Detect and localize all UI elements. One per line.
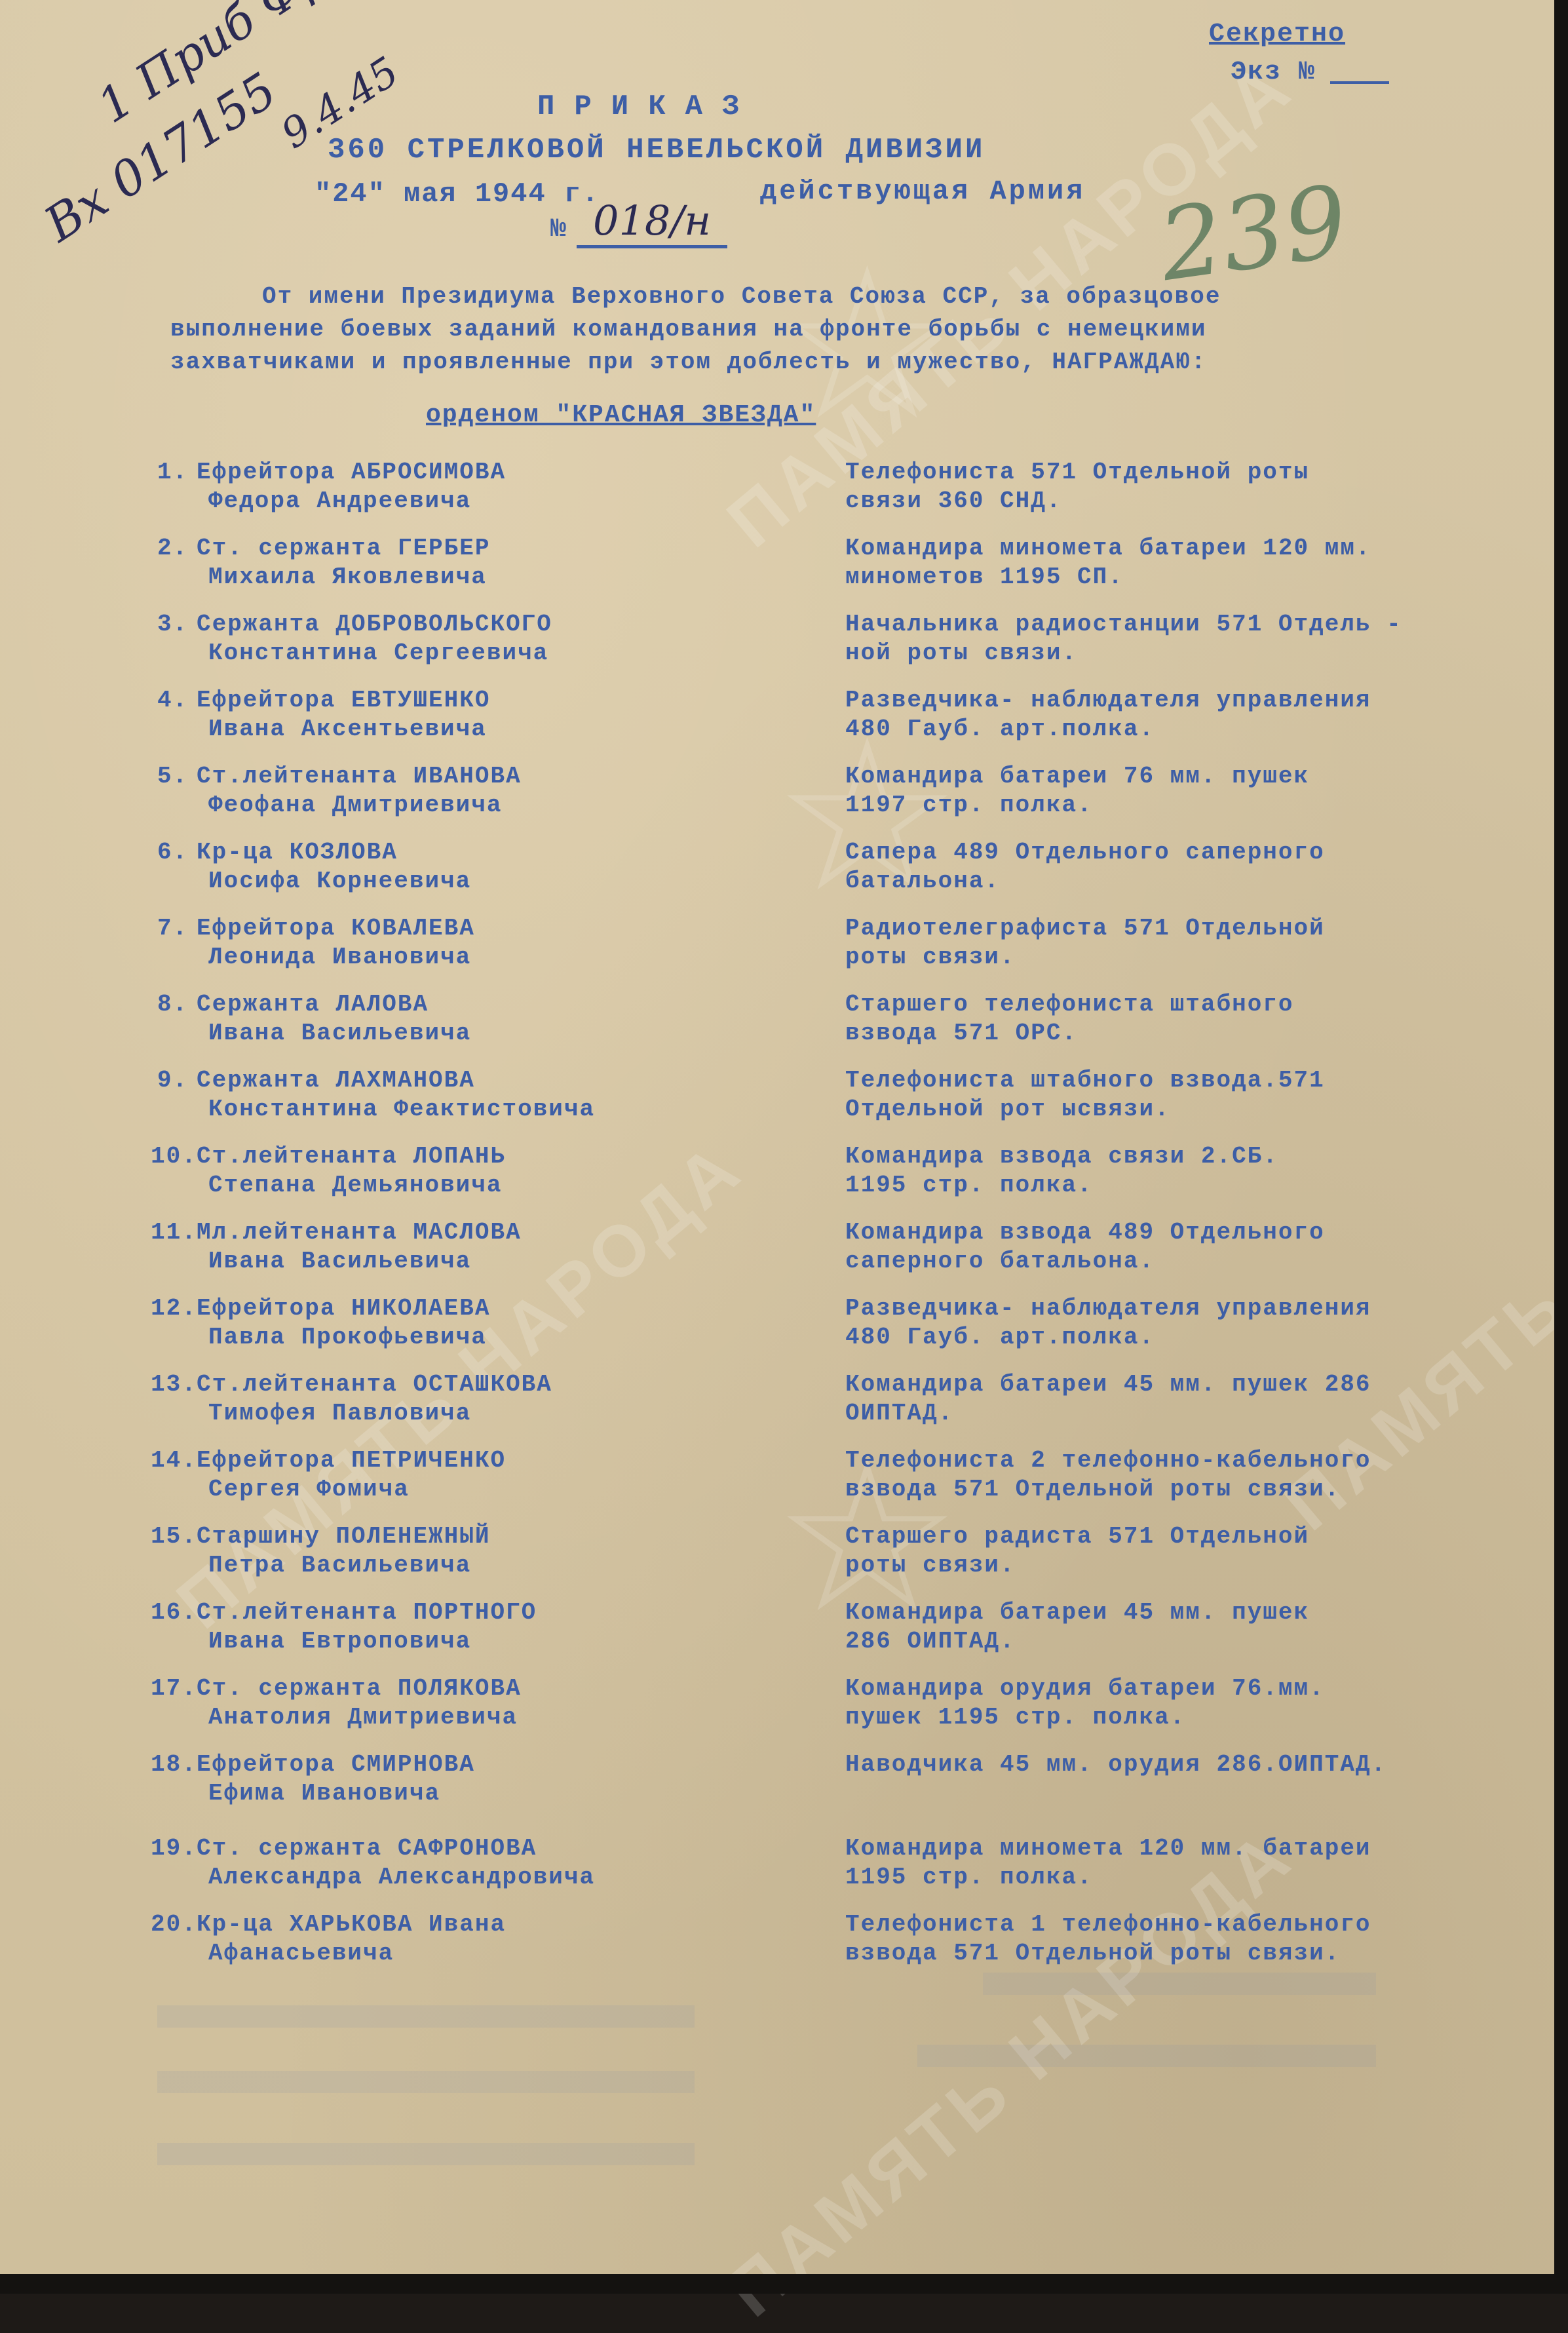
entry-position-line1: Командира батареи 45 мм. пушек: [845, 1599, 1309, 1626]
entry-number: 6.: [157, 839, 188, 866]
entry-rank-surname: Ст.лейтенанта ИВАНОВА: [197, 763, 522, 790]
entry-given-names: Анатолия Дмитриевича: [208, 1704, 518, 1731]
scan-edge-bottom: [0, 2274, 1568, 2294]
entry-rank-surname: Сержанта ЛАХМАНОВА: [197, 1067, 475, 1094]
entry-position-line2: роты связи.: [845, 944, 1016, 971]
entry-given-names: Михаила Яковлевича: [208, 564, 487, 590]
entry-position-line2: связи 360 СНД.: [845, 488, 1061, 514]
entry-position-line1: Старшего телефониста штабного: [845, 991, 1294, 1018]
entry-given-names: Петра Васильевича: [208, 1552, 471, 1579]
entry-position-line2: 480 Гауб. арт.полка.: [845, 1324, 1155, 1351]
preamble-line-2: выполнение боевых заданий командования н…: [170, 316, 1206, 343]
entry-rank-surname: Ефрейтора АБРОСИМОВА: [197, 459, 506, 486]
entry-given-names: Тимофея Павловича: [208, 1400, 471, 1427]
entry-number: 4.: [157, 687, 188, 714]
entry-position-line1: Командира взвода связи 2.СБ.: [845, 1143, 1278, 1170]
entry-position-line1: Телефониста 1 телефонно-кабельного: [845, 1911, 1371, 1938]
entry-rank-surname: Ст. сержанта ПОЛЯКОВА: [197, 1675, 522, 1702]
entry-rank-surname: Ст.лейтенанта ОСТАШКОВА: [197, 1371, 552, 1398]
entry-position-line2: ной роты связи.: [845, 640, 1077, 666]
entry-position-line2: взвода 571 Отдельной роты связи.: [845, 1940, 1340, 1967]
entry-position-line2: 286 ОИПТАД.: [845, 1628, 1016, 1655]
classification-stamp: Секретно: [1209, 20, 1345, 49]
entry-position-line1: Радиотелеграфиста 571 Отдельной: [845, 915, 1325, 942]
entry-rank-surname: Кр-ца ХАРЬКОВА Ивана: [197, 1911, 506, 1938]
entry-number: 10.: [151, 1143, 197, 1170]
order-number-underline: [577, 245, 727, 248]
order-number-label: №: [550, 215, 567, 244]
entry-rank-surname: Ст.лейтенанта ЛОПАНЬ: [197, 1143, 506, 1170]
entry-number: 2.: [157, 535, 188, 562]
entry-rank-surname: Ст.лейтенанта ПОРТНОГО: [197, 1599, 537, 1626]
entry-given-names: Ивана Аксентьевича: [208, 716, 487, 742]
entry-given-names: Ефима Ивановича: [208, 1780, 440, 1807]
division-name: 360 СТРЕЛКОВОЙ НЕВЕЛЬСКОЙ ДИВИЗИИ: [328, 134, 985, 166]
entry-position-line1: Сапера 489 Отдельного саперного: [845, 839, 1325, 866]
entry-given-names: Афанасьевича: [208, 1940, 394, 1967]
entry-given-names: Сергея Фомича: [208, 1476, 410, 1503]
entry-position-line2: взвода 571 ОРС.: [845, 1020, 1077, 1047]
entry-rank-surname: Сержанта ЛАЛОВА: [197, 991, 429, 1018]
entry-number: 13.: [151, 1371, 197, 1398]
entry-position-line1: Командира батареи 76 мм. пушек: [845, 763, 1309, 790]
order-date: "24" мая 1944 г.: [315, 178, 600, 210]
entry-position-line2: роты связи.: [845, 1552, 1016, 1579]
entry-given-names: Павла Прокофьевича: [208, 1324, 487, 1351]
entry-position-line2: Отдельной рот ысвязи.: [845, 1096, 1170, 1123]
order-number: 018/н: [593, 197, 711, 244]
entry-position-line1: Командира батареи 45 мм. пушек 286: [845, 1371, 1371, 1398]
entry-position-line1: Телефониста 571 Отдельной роты: [845, 459, 1309, 486]
entry-position-line2: 480 Гауб. арт.полка.: [845, 716, 1155, 742]
entry-position-line2: 1195 стр. полка.: [845, 1864, 1093, 1891]
entry-position-line1: Наводчика 45 мм. орудия 286.ОИПТАД.: [845, 1751, 1386, 1778]
entry-position-line2: батальона.: [845, 868, 1000, 895]
entry-position-line1: Командира взвода 489 Отдельного: [845, 1219, 1325, 1246]
entry-rank-surname: Ефрейтора ПЕТРИЧЕНКО: [197, 1447, 506, 1474]
location-line: действующая Армия: [760, 176, 1085, 207]
bleed-through-text: [983, 1973, 1376, 1995]
entry-number: 17.: [151, 1675, 197, 1702]
entry-number: 11.: [151, 1219, 197, 1246]
copy-number-label: Экз №: [1231, 58, 1316, 87]
entry-rank-surname: Ст. сержанта ГЕРБЕР: [197, 535, 490, 562]
entry-rank-surname: Сержанта ДОБРОВОЛЬСКОГО: [197, 611, 552, 638]
entry-rank-surname: Кр-ца КОЗЛОВА: [197, 839, 398, 866]
entry-number: 7.: [157, 915, 188, 942]
entry-position-line2: ОИПТАД.: [845, 1400, 953, 1427]
entry-number: 3.: [157, 611, 188, 638]
entry-rank-surname: Мл.лейтенанта МАСЛОВА: [197, 1219, 522, 1246]
copy-number-blank: [1330, 81, 1389, 84]
entry-given-names: Феофана Дмитриевича: [208, 792, 502, 819]
entry-number: 14.: [151, 1447, 197, 1474]
entry-rank-surname: Ефрейтора ЕВТУШЕНКО: [197, 687, 490, 714]
entry-number: 18.: [151, 1751, 197, 1778]
entry-given-names: Ивана Васильевича: [208, 1020, 471, 1047]
award-heading: орденом "КРАСНАЯ ЗВЕЗДА": [426, 401, 816, 429]
document-page: ☆ ☆ ☆ ПАМЯТЬ НАРОДА ПАМЯТЬ НАРОДА ПАМЯТЬ…: [0, 0, 1554, 2274]
entry-number: 9.: [157, 1067, 188, 1094]
entry-position-line2: взвода 571 Отдельной роты связи.: [845, 1476, 1340, 1503]
entry-position-line2: пушек 1195 стр. полка.: [845, 1704, 1185, 1731]
entry-number: 12.: [151, 1295, 197, 1322]
bleed-through-text: [157, 2005, 695, 2028]
entry-rank-surname: Старшину ПОЛЕНЕЖНЫЙ: [197, 1523, 490, 1550]
entry-given-names: Константина Феактистовича: [208, 1096, 595, 1123]
entry-number: 20.: [151, 1911, 197, 1938]
entry-position-line1: Командира миномета 120 мм. батареи: [845, 1835, 1371, 1862]
entry-position-line1: Разведчика- наблюдателя управления: [845, 687, 1371, 714]
entry-given-names: Александра Александровича: [208, 1864, 595, 1891]
entry-position-line1: Разведчика- наблюдателя управления: [845, 1295, 1371, 1322]
entry-given-names: Ивана Васильевича: [208, 1248, 471, 1275]
entry-given-names: Федора Андреевича: [208, 488, 471, 514]
entry-position-line1: Телефониста штабного взвода.571: [845, 1067, 1325, 1094]
entry-position-line1: Начальника радиостанции 571 Отдель -: [845, 611, 1402, 638]
entry-position-line2: саперного батальона.: [845, 1248, 1155, 1275]
entry-number: 8.: [157, 991, 188, 1018]
entry-rank-surname: Ефрейтора СМИРНОВА: [197, 1751, 475, 1778]
entry-position-line1: Старшего радиста 571 Отдельной: [845, 1523, 1309, 1550]
entry-given-names: Степана Демьяновича: [208, 1172, 502, 1199]
entry-position-line1: Командира миномета батареи 120 мм.: [845, 535, 1371, 562]
entry-rank-surname: Ефрейтора КОВАЛЕВА: [197, 915, 475, 942]
entry-rank-surname: Ст. сержанта САФРОНОВА: [197, 1835, 537, 1862]
entry-number: 5.: [157, 763, 188, 790]
entry-given-names: Иосифа Корнеевича: [208, 868, 471, 895]
scan-edge-right: [1554, 0, 1568, 2294]
document-title: ПРИКАЗ: [537, 90, 759, 123]
entry-number: 19.: [151, 1835, 197, 1862]
entry-given-names: Константина Сергеевича: [208, 640, 548, 666]
bleed-through-text: [157, 2071, 695, 2093]
entry-position-line2: минометов 1195 СП.: [845, 564, 1124, 590]
entry-number: 15.: [151, 1523, 197, 1550]
entry-rank-surname: Ефрейтора НИКОЛАЕВА: [197, 1295, 490, 1322]
bleed-through-text: [157, 2143, 695, 2165]
preamble-line-1: От имени Президиума Верховного Совета Со…: [262, 283, 1221, 310]
entry-position-line2: 1195 стр. полка.: [845, 1172, 1093, 1199]
entry-position-line1: Телефониста 2 телефонно-кабельного: [845, 1447, 1371, 1474]
entry-position-line1: Командира орудия батареи 76.мм.: [845, 1675, 1325, 1702]
entry-number: 1.: [157, 459, 188, 486]
entry-given-names: Ивана Евтроповича: [208, 1628, 471, 1655]
preamble-line-3: захватчиками и проявленные при этом добл…: [170, 349, 1206, 376]
bleed-through-text: [917, 2045, 1376, 2067]
entry-position-line2: 1197 стр. полка.: [845, 792, 1093, 819]
entry-number: 16.: [151, 1599, 197, 1626]
entry-given-names: Леонида Ивановича: [208, 944, 471, 971]
